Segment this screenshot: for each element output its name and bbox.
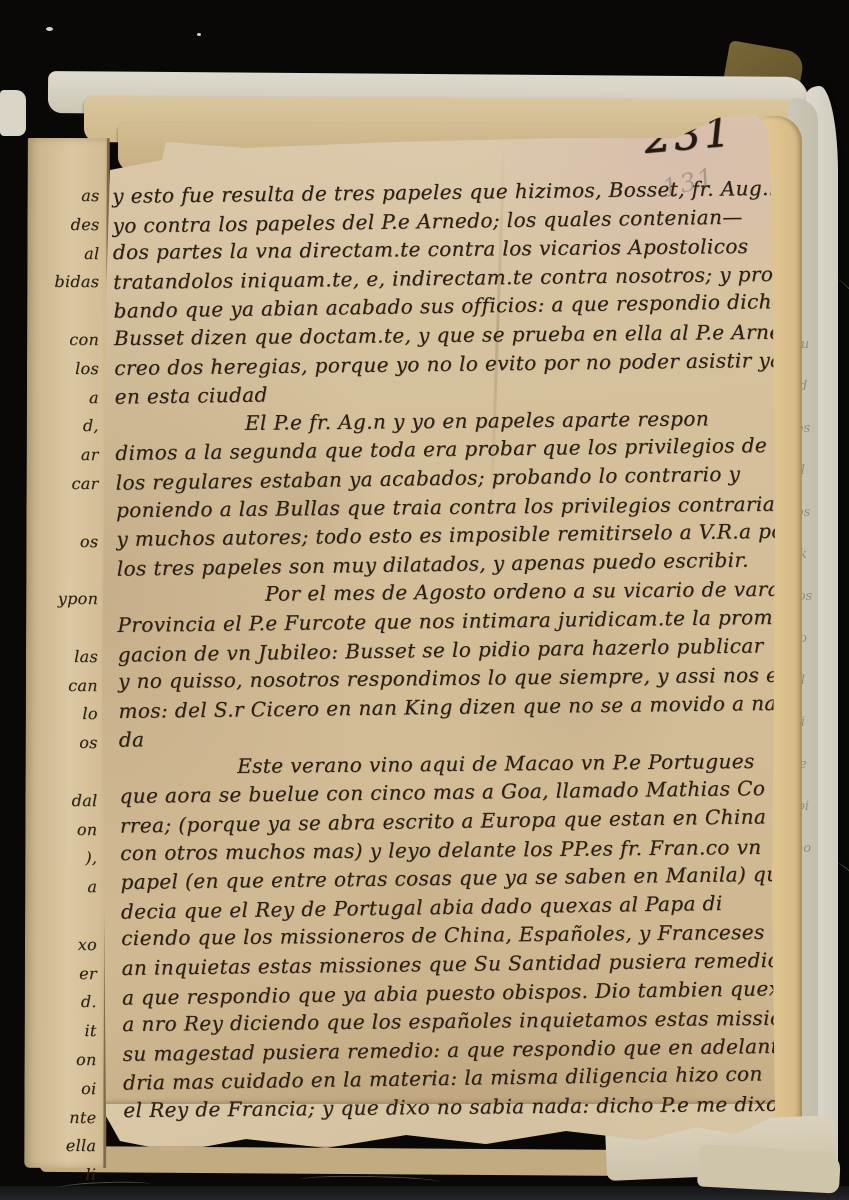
line-ending-fragment: os (26, 729, 98, 758)
line-ending-fragment: con (27, 326, 99, 355)
line-ending-fragment: on (25, 1046, 97, 1075)
line-ending-fragment: ), (25, 844, 97, 873)
line-ending-fragment: bidas (27, 268, 99, 297)
line-ending-fragment: a (27, 383, 99, 412)
line-ending-fragment: as (28, 182, 100, 211)
manuscript-page: 231 131 y esto fue resulta de tres papel… (96, 98, 796, 1164)
dust-speck (46, 27, 53, 31)
line-ending-fragment (26, 556, 98, 585)
line-ending-fragment: d. (25, 988, 97, 1017)
manuscript-line: El P.e fr. Ag.n y yo en papeles aparte r… (115, 404, 775, 439)
line-ending-fragment: ypon (26, 585, 98, 614)
line-ending-fragment: it (25, 1017, 97, 1046)
page-stack-edge-bottom (40, 1146, 660, 1176)
line-ending-fragment: car (27, 470, 99, 499)
line-ending-fragment: li (24, 1161, 96, 1190)
page-stack-edge-bottom (697, 1144, 841, 1193)
line-ending-fragment: oi (24, 1075, 96, 1104)
line-ending-fragment: d, (27, 412, 99, 441)
previous-page-line-endings: asdesalbidasconlosad,arcarosyponlascanlo… (24, 182, 100, 1190)
manuscript-line: con otros muchos mas) y leyo delante los… (120, 832, 780, 867)
line-ending-fragment: dal (25, 787, 97, 816)
dust-speck (197, 33, 201, 36)
line-ending-fragment: ar (27, 441, 99, 470)
line-ending-fragment: ella (24, 1132, 96, 1161)
line-ending-fragment: os (26, 527, 98, 556)
line-ending-fragment (26, 758, 98, 787)
line-ending-fragment: al (27, 239, 99, 268)
manuscript-text: y esto fue resulta de tres papeles que h… (112, 174, 783, 1126)
line-ending-fragment: xo (25, 931, 97, 960)
line-ending-fragment: las (26, 643, 98, 672)
line-ending-fragment: er (25, 959, 97, 988)
line-ending-fragment: des (27, 211, 99, 240)
line-ending-fragment: can (26, 671, 98, 700)
previous-page-strip: asdesalbidasconlosad,arcarosyponlascanlo… (24, 138, 110, 1168)
line-ending-fragment (27, 297, 99, 326)
manuscript-line: poniendo a las Bullas que traia contra l… (116, 489, 776, 524)
line-ending-fragment: a (25, 873, 97, 902)
line-ending-fragment: lo (26, 700, 98, 729)
manuscript-scan: ludoslosklosolieoibo asdesalbidasconlosa… (0, 0, 849, 1200)
line-ending-fragment: nte (24, 1103, 96, 1132)
page-stack-edge-left (0, 90, 26, 136)
line-ending-fragment: los (27, 355, 99, 384)
line-ending-fragment (26, 614, 98, 643)
line-ending-fragment (25, 902, 97, 931)
line-ending-fragment (26, 499, 98, 528)
line-ending-fragment: on (25, 815, 97, 844)
